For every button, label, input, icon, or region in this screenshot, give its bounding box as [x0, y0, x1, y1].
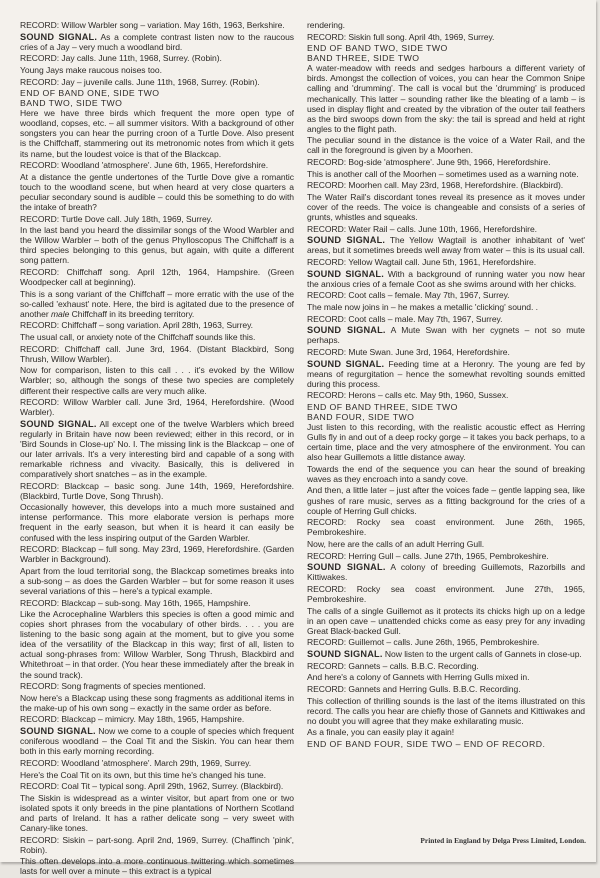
narration-paragraph: A water-meadow with reeds and sedges har…	[307, 63, 585, 133]
sound-signal-paragraph: SOUND SIGNAL. Now we come to a couple of…	[20, 726, 294, 756]
band-heading: BAND TWO, SIDE TWO	[20, 98, 294, 108]
narration-paragraph: The Water Rail's discordant tones reveal…	[307, 192, 585, 222]
narration-paragraph: This is another call of the Moorhen – so…	[307, 169, 585, 179]
narration-paragraph: The male now joins in – he makes a metal…	[307, 302, 585, 312]
record-entry: RECORD: Rocky sea coast environment. Jun…	[307, 517, 585, 537]
band-heading: END OF BAND THREE, SIDE TWO	[307, 402, 585, 412]
record-entry: RECORD: Jay calls. June 11th, 1968, Surr…	[20, 53, 294, 63]
narration-paragraph: Now, here are the calls of an adult Herr…	[307, 539, 585, 549]
record-entry: RECORD: Chiffchaff – song variation. Apr…	[20, 320, 294, 330]
sound-signal-paragraph: SOUND SIGNAL. A colony of breeding Guill…	[307, 562, 585, 582]
record-entry: RECORD: Rocky sea coast environment. Jun…	[307, 584, 585, 604]
sound-signal-label: SOUND SIGNAL.	[307, 359, 384, 369]
narration-paragraph: Like the Acrocephaline Warblers this spe…	[20, 609, 294, 679]
narration-paragraph: The calls of a single Guillemot as it pr…	[307, 606, 585, 636]
printed-page: RECORD: Willow Warbler song – variation.…	[0, 0, 596, 862]
band-heading: END OF BAND FOUR, SIDE TWO – END OF RECO…	[307, 739, 585, 749]
sound-signal-label: SOUND SIGNAL.	[307, 235, 385, 245]
narration-paragraph: And here's a colony of Gannets with Herr…	[307, 672, 585, 682]
record-entry: RECORD: Gannets and Herring Gulls. B.B.C…	[307, 684, 585, 694]
narration-paragraph: In the last band you heard the dissimila…	[20, 225, 294, 265]
narration-paragraph: Towards the end of the sequence you can …	[307, 464, 585, 484]
record-entry: RECORD: Moorhen call. May 23rd, 1968, He…	[307, 180, 585, 190]
record-entry: RECORD: Chiffchaff call. June 3rd, 1964.…	[20, 344, 294, 364]
record-entry: RECORD: Willow Warbler song – variation.…	[20, 20, 294, 30]
record-entry: RECORD: Coot calls – male. May 7th, 1967…	[307, 314, 585, 324]
sound-signal-paragraph: SOUND SIGNAL. With a background of runni…	[307, 269, 585, 289]
record-entry: RECORD: Woodland 'atmosphere'. March 29t…	[20, 758, 294, 768]
record-entry: RECORD: Blackcap – sub-song. May 16th, 1…	[20, 598, 294, 608]
sound-signal-label: SOUND SIGNAL.	[307, 269, 384, 279]
narration-paragraph: rendering.	[307, 20, 585, 30]
narration-paragraph: Just listen to this recording, with the …	[307, 422, 585, 462]
narration-paragraph: This collection of thrilling sounds is t…	[307, 696, 585, 726]
record-entry: RECORD: Guillemot – calls. June 26th, 19…	[307, 637, 585, 647]
narration-paragraph: Occasionally however, this develops into…	[20, 502, 294, 542]
record-entry: RECORD: Willow Warbler call. June 3rd, 1…	[20, 397, 294, 417]
narration-paragraph: And then, a little later – just after th…	[307, 485, 585, 515]
narration-text: Chiffchaff in its breeding territory.	[69, 309, 194, 319]
narration-paragraph: Here we have three birds which frequent …	[20, 108, 294, 158]
printer-credit: Printed in England by Delga Press Limite…	[300, 836, 586, 845]
sound-signal-label: SOUND SIGNAL.	[20, 726, 96, 736]
band-heading: END OF BAND ONE, SIDE TWO	[20, 88, 294, 98]
narration-paragraph: At a distance the gentle undertones of t…	[20, 172, 294, 212]
record-entry: RECORD: Woodland 'atmosphere'. June 6th,…	[20, 160, 294, 170]
record-entry: RECORD: Bog-side 'atmosphere'. June 9th,…	[307, 157, 585, 167]
sound-signal-paragraph: SOUND SIGNAL. Now listen to the urgent c…	[307, 649, 585, 659]
record-entry: RECORD: Yellow Wagtail call. June 5th, 1…	[307, 257, 585, 267]
narration-paragraph: The Siskin is widespread as a winter vis…	[20, 793, 294, 833]
sound-signal-text: Now listen to the urgent calls of Gannet…	[383, 649, 582, 659]
narration-paragraph: Here's the Coal Tit on its own, but this…	[20, 770, 294, 780]
record-entry: RECORD: Blackcap – full song. May 23rd, …	[20, 544, 294, 564]
left-column: RECORD: Willow Warbler song – variation.…	[20, 20, 294, 872]
band-heading: BAND THREE, SIDE TWO	[307, 53, 585, 63]
sound-signal-paragraph: SOUND SIGNAL. The Yellow Wagtail is anot…	[307, 235, 585, 255]
record-entry: RECORD: Jay – juvenile calls. June 11th,…	[20, 77, 294, 87]
record-entry: RECORD: Blackcap – mimicry. May 18th, 19…	[20, 714, 294, 724]
sound-signal-label: SOUND SIGNAL.	[307, 649, 383, 659]
emphasis-text: male	[51, 309, 69, 319]
sound-signal-label: SOUND SIGNAL.	[20, 32, 97, 42]
narration-paragraph: Apart from the loud territorial song, th…	[20, 566, 294, 596]
sound-signal-paragraph: SOUND SIGNAL. As a complete contrast lis…	[20, 32, 294, 52]
sound-signal-label: SOUND SIGNAL.	[20, 419, 97, 429]
record-entry: RECORD: Water Rail – calls. June 10th, 1…	[307, 224, 585, 234]
narration-paragraph: This is a song variant of the Chiffchaff…	[20, 289, 294, 319]
sound-signal-paragraph: SOUND SIGNAL. A Mute Swan with her cygne…	[307, 325, 585, 345]
record-entry: RECORD: Turtle Dove call. July 18th, 196…	[20, 214, 294, 224]
narration-paragraph: Now here's a Blackcap using these song f…	[20, 693, 294, 713]
record-entry: RECORD: Siskin – part-song. April 2nd, 1…	[20, 835, 294, 855]
narration-paragraph: Young Jays make raucous noises too.	[20, 65, 294, 75]
record-entry: RECORD: Gannets – calls. B.B.C. Recordin…	[307, 661, 585, 671]
record-entry: RECORD: Song fragments of species mentio…	[20, 681, 294, 691]
record-entry: RECORD: Herring Gull – calls. June 27th,…	[307, 551, 585, 561]
right-column: rendering.RECORD: Siskin full song. Apri…	[307, 20, 585, 749]
sound-signal-paragraph: SOUND SIGNAL. All except one of the twel…	[20, 419, 294, 479]
narration-paragraph: As a finale, you can easily play it agai…	[307, 727, 585, 737]
narration-paragraph: The peculiar sound in the distance is th…	[307, 135, 585, 155]
record-entry: RECORD: Herons – calls etc. May 9th, 196…	[307, 390, 585, 400]
record-entry: RECORD: Coot calls – female. May 7th, 19…	[307, 290, 585, 300]
record-entry: RECORD: Mute Swan. June 3rd, 1964, Heref…	[307, 347, 585, 357]
narration-paragraph: The usual call, or anxiety note of the C…	[20, 332, 294, 342]
sound-signal-paragraph: SOUND SIGNAL. Feeding time at a Heronry.…	[307, 359, 585, 389]
record-entry: RECORD: Coal Tit – typical song. April 2…	[20, 781, 294, 791]
band-heading: BAND FOUR, SIDE TWO	[307, 412, 585, 422]
band-heading: END OF BAND TWO, SIDE TWO	[307, 43, 585, 53]
record-entry: RECORD: Chiffchaff song. April 12th, 196…	[20, 267, 294, 287]
sound-signal-label: SOUND SIGNAL.	[307, 562, 386, 572]
narration-paragraph: This often develops into a more continuo…	[20, 856, 294, 872]
record-entry: RECORD: Siskin full song. April 4th, 196…	[307, 32, 585, 42]
sound-signal-label: SOUND SIGNAL.	[307, 325, 386, 335]
record-entry: RECORD: Blackcap – basic song. June 14th…	[20, 481, 294, 501]
narration-paragraph: Now for comparison, listen to this call …	[20, 365, 294, 395]
